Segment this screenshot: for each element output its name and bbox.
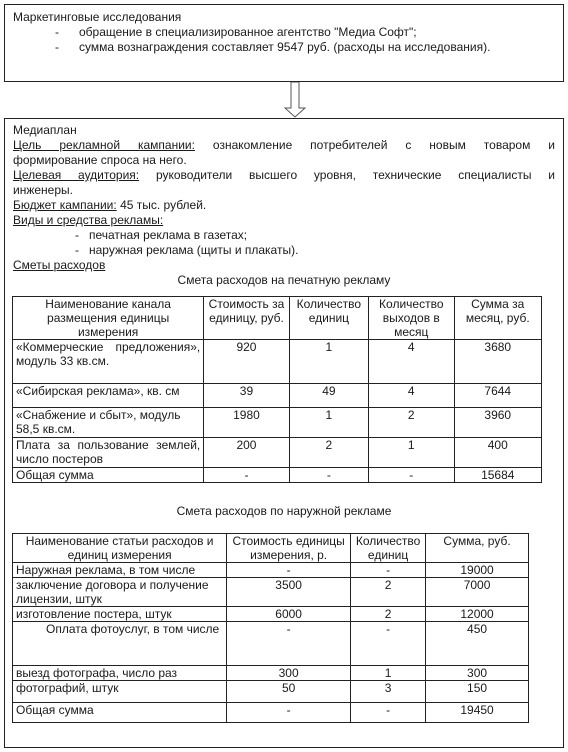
ad-type-item: -наружная реклама (щиты и плакаты). [13,243,555,258]
table-cell: - [227,703,351,723]
table-header-row: Наименование канала размещения единицы и… [13,297,542,340]
table-total-row: Общая сумма - - - 15684 [13,468,542,483]
table-cell: 2 [289,438,368,468]
table-cell: Общая сумма [13,468,204,483]
table-cell: 4 [369,384,454,408]
table-cell: - [289,468,368,483]
table-cell: фотографий, штук [13,681,227,703]
table-cell: 12000 [426,607,529,622]
table-cell: 3680 [454,340,542,384]
research-bullet: -сумма вознаграждения составляет 9547 ру… [13,40,555,55]
target-audience-cont: инженеры. [13,183,555,198]
table-row: фотографий, штук 50 3 150 [13,681,529,703]
print-table-title: Смета расходов на печатную рекламу [13,273,555,288]
table-cell: 15684 [454,468,542,483]
column-header: Сумма, руб. [426,534,529,563]
column-header: Наименование статьи расходов и единиц из… [13,534,227,563]
table-cell: 7000 [426,578,529,607]
table-cell: 39 [204,384,289,408]
table-cell: 3960 [454,408,542,438]
table-cell: - [369,468,454,483]
column-header: Стоимость за единицу, руб. [204,297,289,340]
table-cell: - [204,468,289,483]
table-cell: 1980 [204,408,289,438]
print-ad-estimate-table: Наименование канала размещения единицы и… [12,296,542,483]
table-cell: 150 [426,681,529,703]
column-header: Количество единиц [351,534,426,563]
table-cell: «Коммерческие предложения», модуль 33 кв… [13,340,204,384]
table-cell: - [351,703,426,723]
ad-types-label: Виды и средства рекламы: [13,213,555,228]
table-row: «Коммерческие предложения», модуль 33 кв… [13,340,542,384]
table-cell: изготовление постера, штук [13,607,227,622]
campaign-goal: Цель рекламной кампании: ознакомление по… [13,138,555,153]
table-row: изготовление постера, штук 6000 2 12000 [13,607,529,622]
table-cell: 300 [426,666,529,681]
table-cell: 6000 [227,607,351,622]
table-cell: 19000 [426,563,529,578]
table-cell: 300 [227,666,351,681]
campaign-budget: Бюджет кампании: 45 тыс. рублей. [13,198,555,213]
campaign-goal-cont: формирование спроса на него. [13,153,555,168]
table-header-row: Наименование статьи расходов и единиц из… [13,534,529,563]
table-cell: Общая сумма [13,703,227,723]
table-cell: 1 [289,340,368,384]
table-cell: Оплата фотоуслуг, в том числе [13,622,227,666]
table-cell: 400 [454,438,542,468]
column-header: Наименование канала размещения единицы и… [13,297,204,340]
table-row: выезд фотографа, число раз 300 1 300 [13,666,529,681]
column-header: Количество выходов в месяц [369,297,454,340]
table-row: «Сибирская реклама», кв. см 39 49 4 7644 [13,384,542,408]
table-cell: 7644 [454,384,542,408]
research-title: Маркетинговые исследования [13,10,555,25]
table-row: Наружная реклама, в том числе - - 19000 [13,563,529,578]
table-cell: 19450 [426,703,529,723]
table-cell: 920 [204,340,289,384]
estimates-label: Сметы расходов [13,258,555,273]
table-total-row: Общая сумма - - 19450 [13,703,529,723]
table-cell: выезд фотографа, число раз [13,666,227,681]
table-row: Оплата фотоуслуг, в том числе - - 450 [13,622,529,666]
table-row: заключение договора и получение лицензии… [13,578,529,607]
table-cell: 1 [289,408,368,438]
table-cell: - [227,563,351,578]
table-cell: - [351,622,426,666]
table-row: Плата за пользование землей, число посте… [13,438,542,468]
table-cell: 4 [369,340,454,384]
table-cell: - [351,563,426,578]
table-cell: «Снабжение и сбыт», модуль 58,5 кв.см. [13,408,204,438]
research-bullet: -обращение в специализированное агентств… [13,25,555,40]
table-cell: заключение договора и получение лицензии… [13,578,227,607]
column-header: Стоимость единицы измерения, р. [227,534,351,563]
table-cell: 49 [289,384,368,408]
table-cell: Плата за пользование землей, число посте… [13,438,204,468]
column-header: Количество единиц [289,297,368,340]
outdoor-ad-estimate-table: Наименование статьи расходов и единиц из… [12,533,529,723]
table-cell: 50 [227,681,351,703]
table-cell: 450 [426,622,529,666]
marketing-research-box: Маркетинговые исследования -обращение в … [4,4,564,82]
table-cell: 2 [369,408,454,438]
table-cell: - [227,622,351,666]
table-cell: 2 [351,607,426,622]
table-cell: 3500 [227,578,351,607]
mediaplan-title: Медиаплан [13,123,555,138]
target-audience: Целевая аудитория: руководители высшего … [13,168,555,183]
table-cell: 3 [351,681,426,703]
table-row: «Снабжение и сбыт», модуль 58,5 кв.см. 1… [13,408,542,438]
table-cell: 200 [204,438,289,468]
table-cell: Наружная реклама, в том числе [13,563,227,578]
column-header: Сумма за месяц, руб. [454,297,542,340]
outdoor-table-title: Смета расходов по наружной рекламе [0,504,568,518]
table-cell: «Сибирская реклама», кв. см [13,384,204,408]
down-arrow-icon [284,82,306,118]
table-cell: 1 [369,438,454,468]
table-cell: 1 [351,666,426,681]
ad-type-item: -печатная реклама в газетах; [13,228,555,243]
table-cell: 2 [351,578,426,607]
